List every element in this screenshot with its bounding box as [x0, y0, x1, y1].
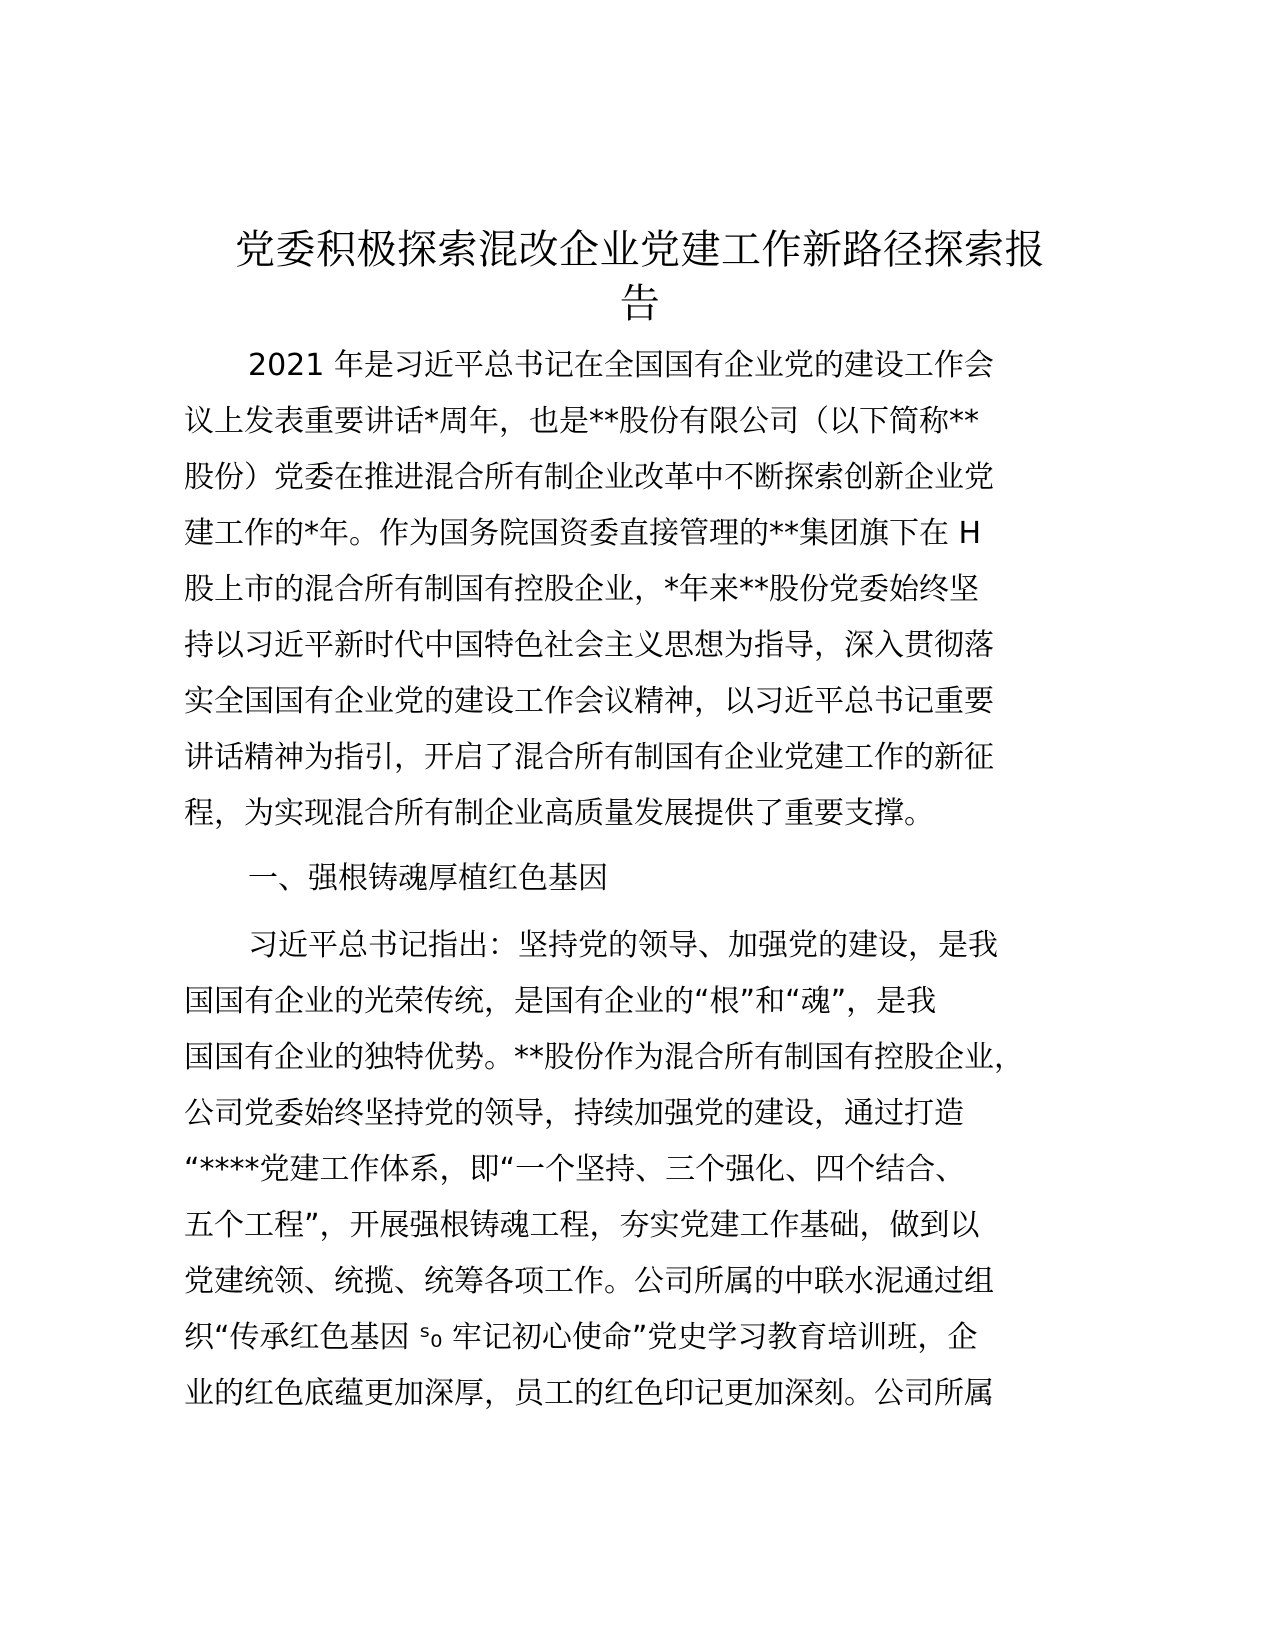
- paragraph-line: 国国有企业的光荣传统，是国有企业的“根”和“魂”，是我: [184, 982, 936, 1022]
- paragraph-line: 党建统领、统揽、统筹各项工作。公司所属的中联水泥通过组: [184, 1262, 994, 1302]
- title-line-1: 党委积极探索混改企业党建工作新路径探索报: [180, 223, 1100, 277]
- paragraph-line: 织“传承红色基因 ˢ₀ 牢记初心使命”党史学习教育培训班，企: [184, 1318, 977, 1358]
- paragraph-line: 习近平总书记指出：坚持党的领导、加强党的建设，是我: [248, 926, 998, 966]
- paragraph-line: 2021 年是习近平总书记在全国国有企业党的建设工作会: [248, 346, 994, 386]
- paragraph-line: 实全国国有企业党的建设工作会议精神，以习近平总书记重要: [184, 682, 994, 722]
- title-line-2: 告: [180, 277, 1100, 331]
- paragraph-line: 持以习近平新时代中国特色社会主义思想为指导，深入贯彻落: [184, 626, 994, 666]
- paragraph-line: 五个工程”，开展强根铸魂工程，夯实党建工作基础，做到以: [184, 1206, 980, 1246]
- paragraph-line: 建工作的*年。作为国务院国资委直接管理的**集团旗下在 H: [184, 514, 981, 554]
- paragraph-line: 讲话精神为指引，开启了混合所有制国有企业党建工作的新征: [184, 738, 994, 778]
- paragraph-line: 公司党委始终坚持党的领导，持续加强党的建设，通过打造: [184, 1094, 964, 1134]
- paragraph-line: 股上市的混合所有制国有控股企业，*年来**股份党委始终坚: [184, 570, 979, 610]
- section-heading: 一、强根铸魂厚植红色基因: [248, 859, 608, 899]
- paragraph-line: 股份）党委在推进混合所有制企业改革中不断探索创新企业党: [184, 458, 994, 498]
- paragraph-line: 程，为实现混合所有制企业高质量发展提供了重要支撑。: [184, 794, 934, 834]
- document-page: 党委积极探索混改企业党建工作新路径探索报 告 2021 年是习近平总书记在全国国…: [0, 0, 1275, 1650]
- paragraph-line: 国国有企业的独特优势。**股份作为混合所有制国有控股企业，: [184, 1038, 1024, 1078]
- paragraph-line: 业的红色底蕴更加深厚，员工的红色印记更加深刻。公司所属: [184, 1374, 994, 1414]
- paragraph-line: 议上发表重要讲话*周年，也是**股份有限公司（以下简称**: [184, 402, 979, 442]
- document-title: 党委积极探索混改企业党建工作新路径探索报 告: [180, 223, 1100, 331]
- paragraph-line: “****党建工作体系，即“一个坚持、三个强化、四个结合、: [184, 1150, 965, 1190]
